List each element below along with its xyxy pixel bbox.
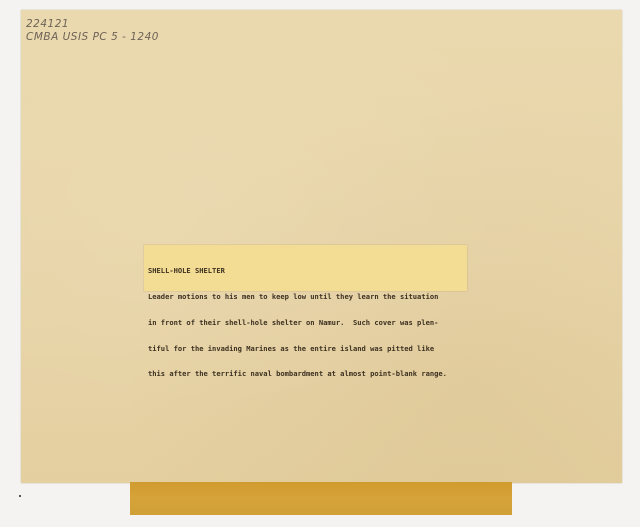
handwritten-catalog-number: CMBA USIS PC 5 - 1240: [26, 31, 159, 44]
caption-strip: SHELL-HOLE SHELTER Leader motions to his…: [144, 245, 467, 291]
dust-speck: [19, 495, 21, 497]
caption-title: SHELL-HOLE SHELTER: [148, 267, 463, 276]
backing-strip: [130, 482, 512, 515]
caption-line: this after the terrific naval bombardmen…: [148, 370, 463, 379]
caption-line: tiful for the invading Marines as the en…: [148, 345, 463, 354]
handwritten-id: 224121: [26, 18, 159, 31]
caption-line: Leader motions to his men to keep low un…: [148, 293, 463, 302]
handwritten-notes: 224121 CMBA USIS PC 5 - 1240: [26, 18, 159, 44]
photo-back-paper: 224121 CMBA USIS PC 5 - 1240 SHELL-HOLE …: [21, 10, 622, 483]
caption-line: in front of their shell-hole shelter on …: [148, 319, 463, 328]
